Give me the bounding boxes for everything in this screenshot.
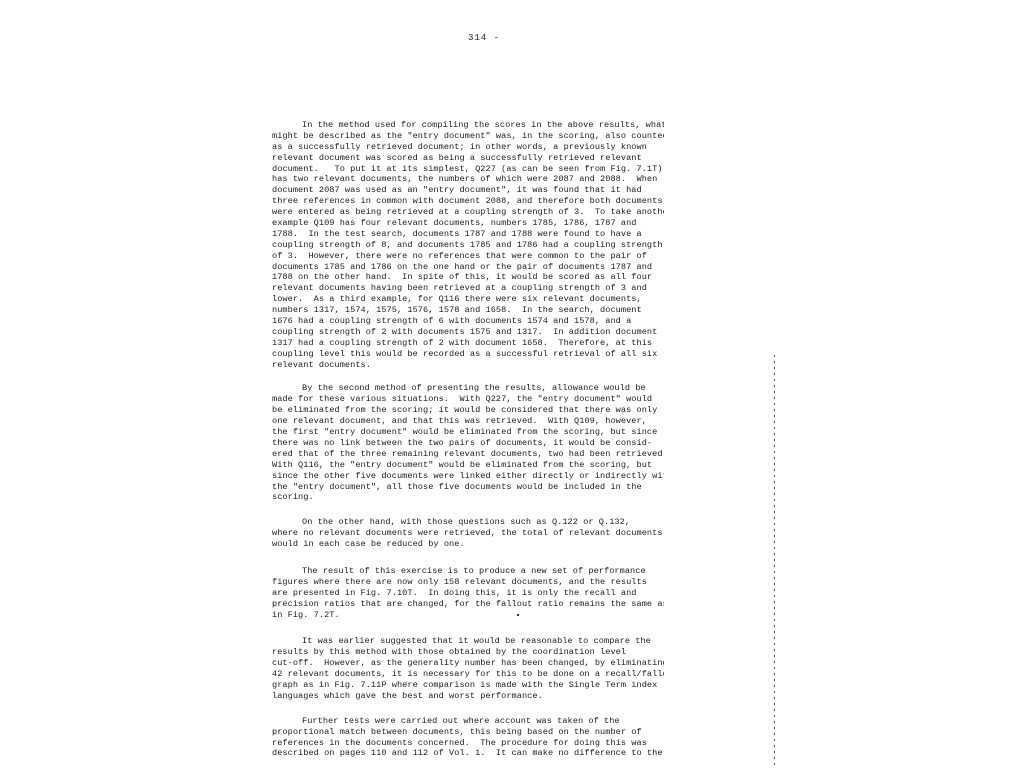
text-line: since the other five documents were link…	[272, 471, 664, 482]
text-line: there was no link between the two pairs …	[272, 438, 664, 449]
text-line: 1788. In the test search, documents 1787…	[272, 229, 664, 240]
text-line: results by this method with those obtain…	[272, 647, 664, 658]
text-line: lower. As a third example, for Q116 ther…	[272, 294, 664, 305]
text-line: in Fig. 7.2T.	[272, 610, 664, 621]
scan-edge-artifact	[774, 355, 775, 768]
text-line: of 3. However, there were no references …	[272, 251, 664, 262]
paragraph-second-method: By the second method of presenting the r…	[272, 383, 664, 503]
text-line: coupling level this would be recorded as…	[272, 349, 664, 360]
text-line: the first "entry document" would be elim…	[272, 427, 664, 438]
text-line: relevant document was scored as being a …	[272, 153, 664, 164]
text-line: the "entry document", all those five doc…	[272, 482, 664, 493]
text-line: documents 1785 and 1786 on the one hand …	[272, 262, 664, 273]
text-line: By the second method of presenting the r…	[272, 383, 664, 394]
text-line: ered that of the three remaining relevan…	[272, 449, 664, 460]
text-line: references in the documents concerned. T…	[272, 738, 664, 749]
paragraph-no-relevant-retrieved: On the other hand, with those questions …	[272, 517, 664, 550]
text-line: cut-off. However, as the generality numb…	[272, 658, 664, 669]
text-line: document. To put it at its simplest, Q22…	[272, 164, 664, 175]
text-line: three references in common with document…	[272, 196, 664, 207]
text-line: relevant documents having been retrieved…	[272, 283, 664, 294]
paragraph-scoring-method: In the method used for compiling the sco…	[272, 120, 664, 370]
text-line: has two relevant documents, the numbers …	[272, 174, 664, 185]
text-line: might be described as the "entry documen…	[272, 131, 664, 142]
text-line: In the method used for compiling the sco…	[272, 120, 664, 131]
text-line: would in each case be reduced by one.	[272, 539, 664, 550]
text-line: where no relevant documents were retriev…	[272, 528, 664, 539]
text-line: graph as in Fig. 7.11P where comparison …	[272, 680, 664, 691]
text-line: scoring.	[272, 492, 664, 503]
text-line: were entered as being retrieved at a cou…	[272, 207, 664, 218]
paragraph-exercise-result: The result of this exercise is to produc…	[272, 566, 664, 620]
text-line: figures where there are now only 158 rel…	[272, 577, 664, 588]
text-line: coupling strength of 2 with documents 15…	[272, 327, 664, 338]
text-line: languages which gave the best and worst …	[272, 691, 664, 702]
text-line: as a successfully retrieved document; in…	[272, 142, 664, 153]
text-line: 1788 on the other hand. In spite of this…	[272, 272, 664, 283]
text-line: On the other hand, with those questions …	[272, 517, 664, 528]
text-line: coupling strength of 8, and documents 17…	[272, 240, 664, 251]
text-line: made for these various situations. With …	[272, 394, 664, 405]
text-line: 1676 had a coupling strength of 6 with d…	[272, 316, 664, 327]
text-line: The result of this exercise is to produc…	[272, 566, 664, 577]
page-number: 314 -	[468, 33, 500, 43]
text-line: proportional match between documents, th…	[272, 727, 664, 738]
scan-speck	[517, 614, 519, 616]
text-line: be eliminated from the scoring; it would…	[272, 405, 664, 416]
text-line: are presented in Fig. 7.10T. In doing th…	[272, 588, 664, 599]
text-line: 1317 had a coupling strength of 2 with d…	[272, 338, 664, 349]
text-line: one relevant document, and that this was…	[272, 416, 664, 427]
text-line: numbers 1317, 1574, 1575, 1576, 1578 and…	[272, 305, 664, 316]
text-line: It was earlier suggested that it would b…	[272, 636, 664, 647]
paragraph-further-tests: Further tests were carried out where acc…	[272, 716, 664, 760]
text-line: relevant documents.	[272, 360, 664, 371]
text-line: example Q109 has four relevant documents…	[272, 218, 664, 229]
paragraph-comparison: It was earlier suggested that it would b…	[272, 636, 664, 701]
text-line: described on pages 110 and 112 of Vol. 1…	[272, 748, 664, 759]
text-line: document 2087 was used as an "entry docu…	[272, 185, 664, 196]
text-line: Further tests were carried out where acc…	[272, 716, 664, 727]
text-line: With Q116, the "entry document" would be…	[272, 460, 664, 471]
document-body: In the method used for compiling the sco…	[272, 120, 664, 768]
text-line: precision ratios that are changed, for t…	[272, 599, 664, 610]
text-line: 42 relevant documents, it is necessary f…	[272, 669, 664, 680]
